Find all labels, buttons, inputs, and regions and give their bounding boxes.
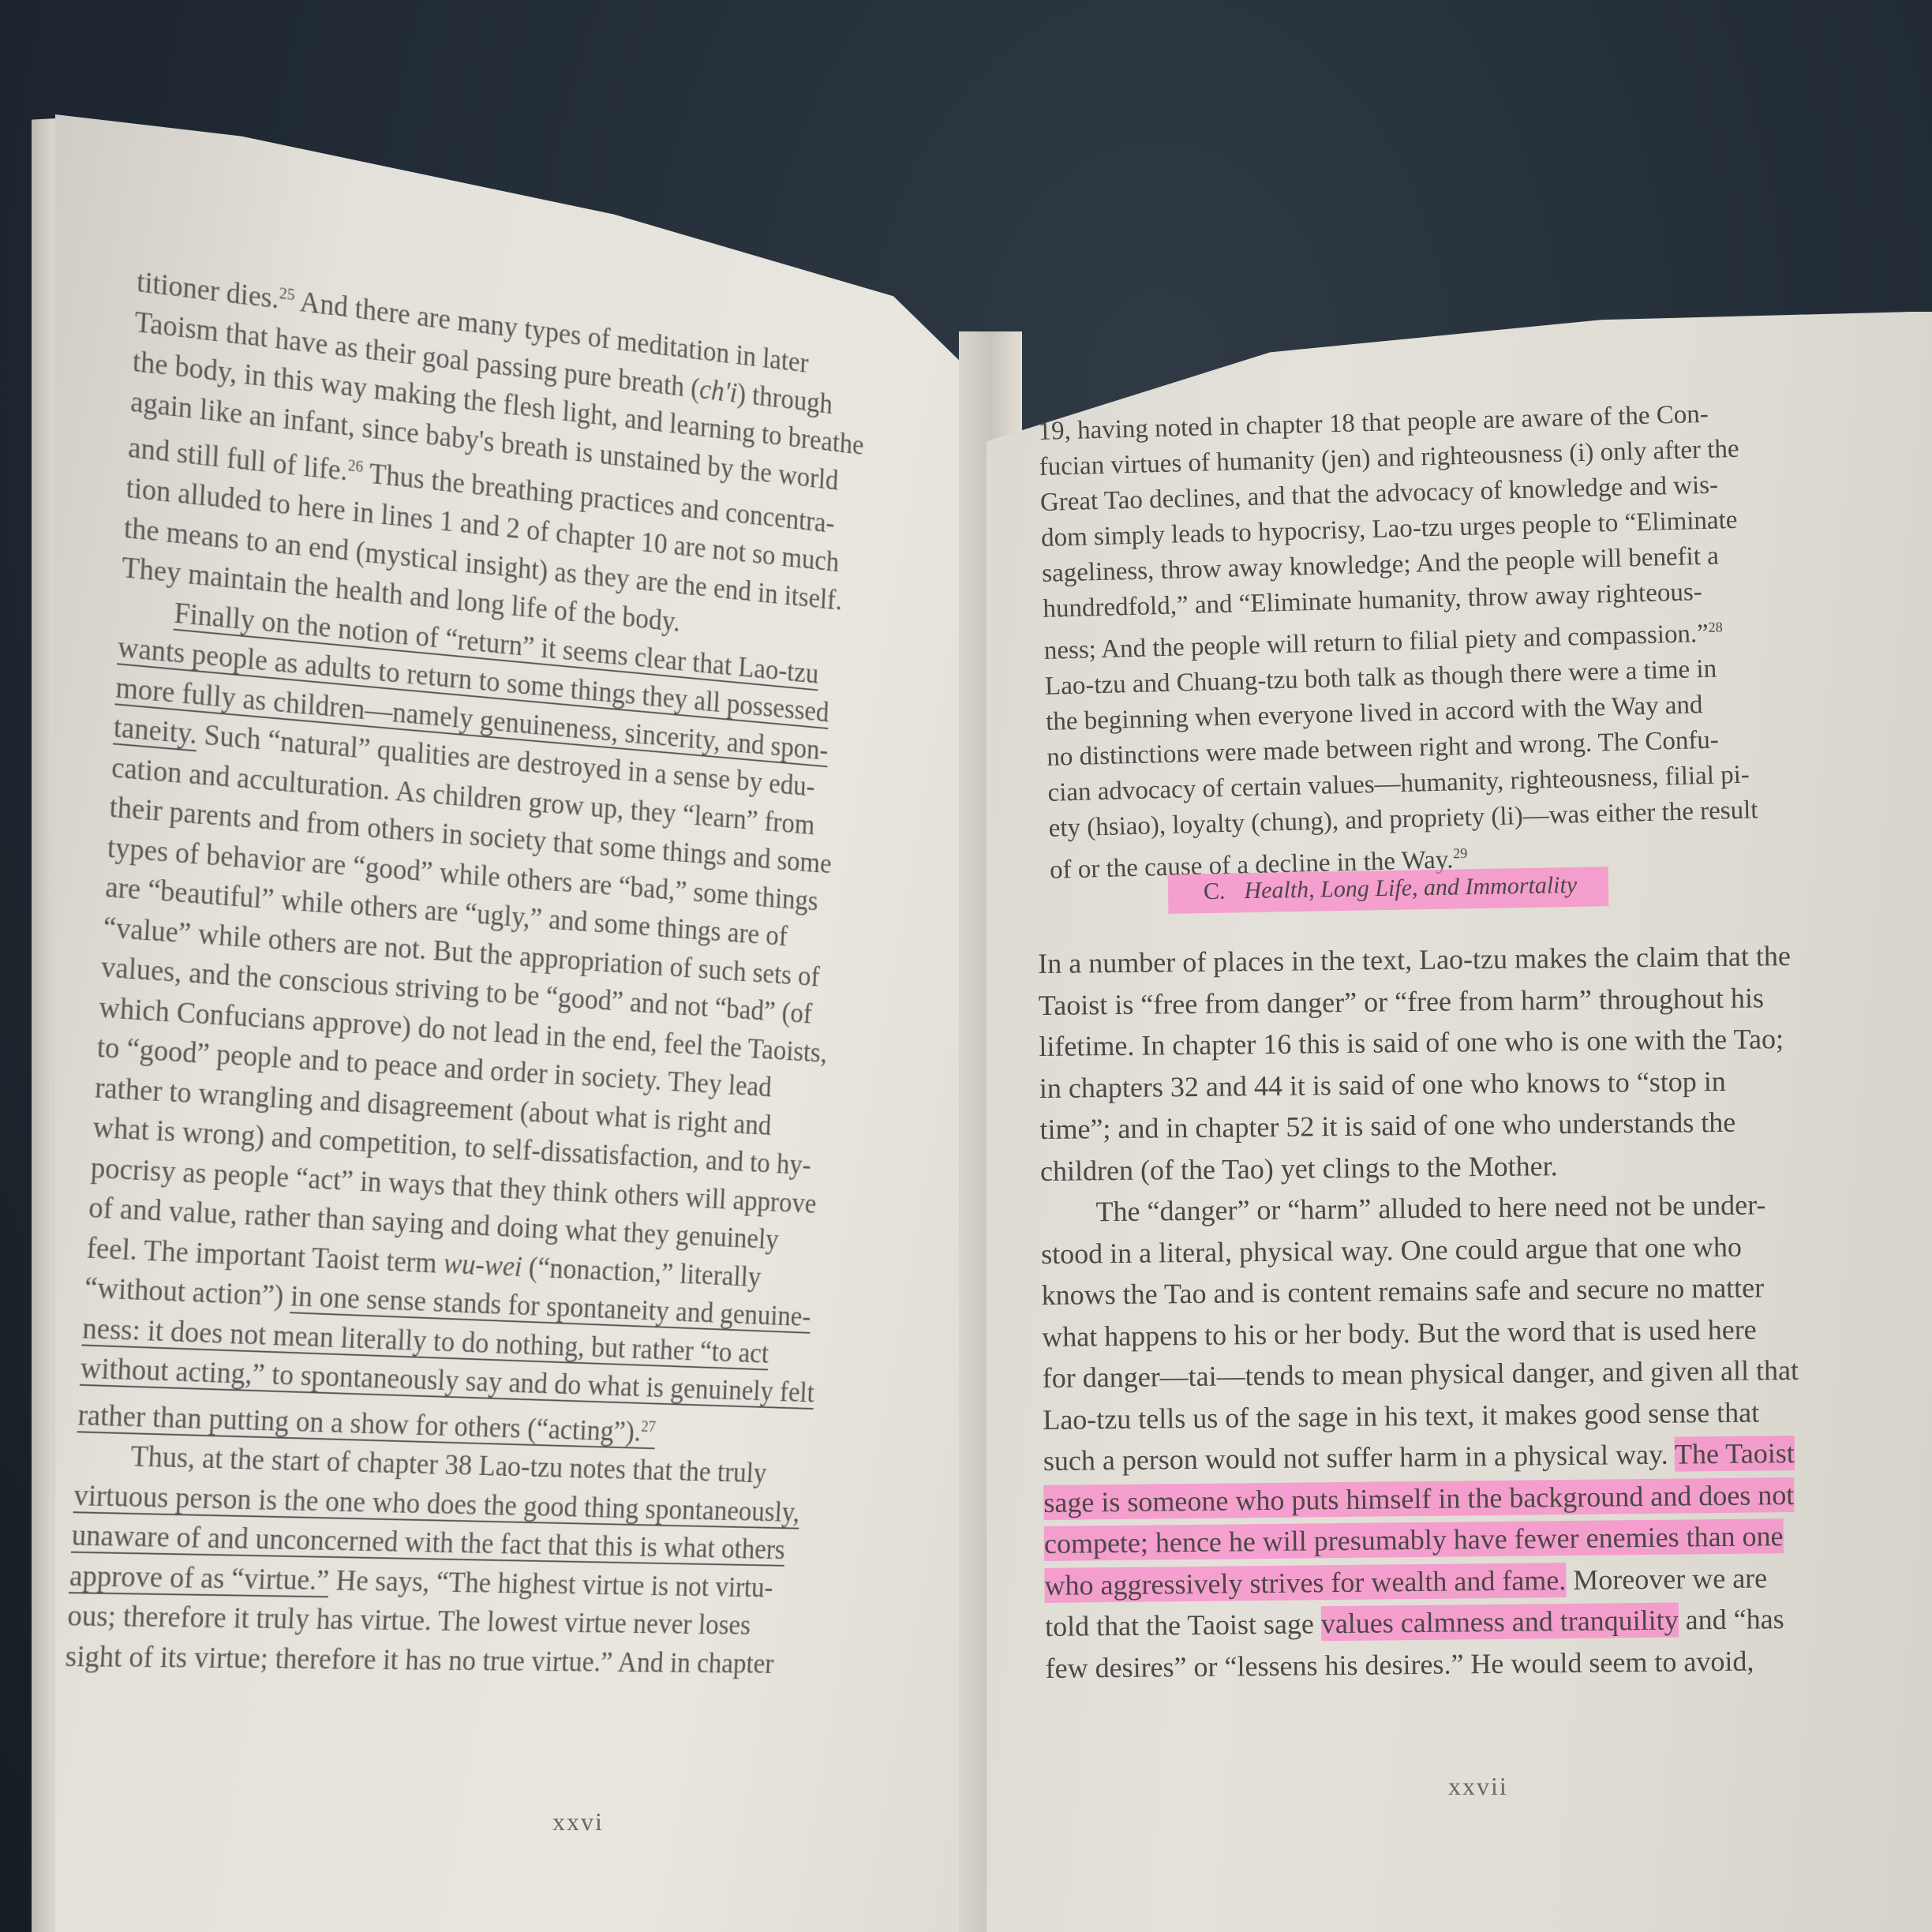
page-number-left: xxvi <box>552 1807 604 1837</box>
highlighted-text: who aggressively strives for wealth and … <box>1044 1563 1566 1603</box>
page-number-right: xxvii <box>1448 1772 1508 1801</box>
highlighted-text: compete; hence he will presumably have f… <box>1044 1518 1784 1561</box>
text-line: few desires” or “lessens his desires.” H… <box>1045 1639 1858 1689</box>
text-line: time”; and in chapter 52 it is said of o… <box>1039 1100 1852 1150</box>
section-heading-highlighted: C.Health, Long Life, and Immortality <box>1168 867 1609 914</box>
left-page-text: titioner dies.25 And there are many type… <box>65 256 904 1684</box>
highlighted-text: values calmness and tranquility <box>1321 1603 1679 1642</box>
text-line: lifetime. In chapter 16 this is said of … <box>1039 1017 1851 1067</box>
right-page-body: In a number of places in the text, Lao-t… <box>1038 934 1859 1689</box>
section-letter: C. <box>1204 878 1226 904</box>
open-book: titioner dies.25 And there are many type… <box>0 0 1932 1932</box>
section-title: Health, Long Life, and Immortality <box>1244 872 1577 904</box>
right-page-top-paragraph: 19, having noted in chapter 18 that peop… <box>1038 395 1807 889</box>
highlighted-text: The Taoist <box>1675 1436 1795 1472</box>
left-page: titioner dies.25 And there are many type… <box>55 114 987 1932</box>
highlighted-text: sage is someone who puts himself in the … <box>1043 1477 1794 1520</box>
right-page: 19, having noted in chapter 18 that peop… <box>987 312 1932 1932</box>
